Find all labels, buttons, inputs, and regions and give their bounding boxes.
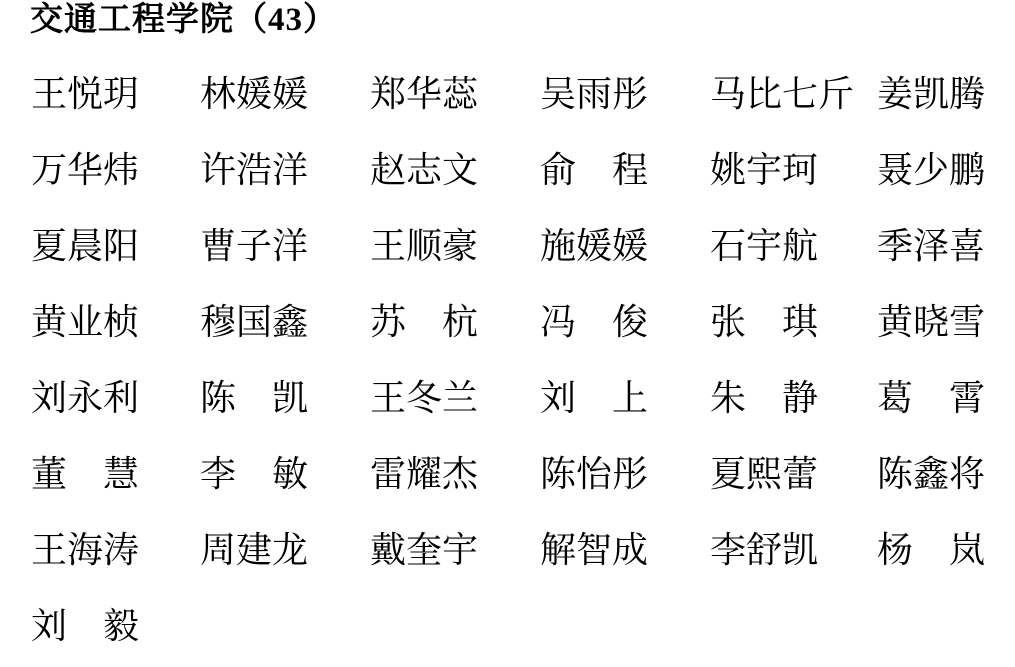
student-name: 葛 霄 bbox=[877, 380, 985, 416]
student-name: 刘 毅 bbox=[31, 608, 139, 644]
student-name: 赵志文 bbox=[370, 152, 478, 188]
student-name: 穆国鑫 bbox=[200, 304, 308, 340]
student-name: 冯 俊 bbox=[540, 304, 648, 340]
student-name: 朱 静 bbox=[710, 380, 818, 416]
student-name: 姚宇珂 bbox=[710, 152, 818, 188]
student-name: 杨 岚 bbox=[877, 532, 985, 568]
student-name: 王悦玥 bbox=[31, 76, 139, 112]
student-name: 施媛媛 bbox=[540, 228, 648, 264]
student-name: 张 琪 bbox=[710, 304, 818, 340]
student-name: 曹子洋 bbox=[200, 228, 308, 264]
student-name: 石宇航 bbox=[710, 228, 818, 264]
document-page: 交通工程学院（43） 王悦玥林媛媛郑华蕊吴雨彤马比七斤姜凯腾万华炜许浩洋赵志文俞… bbox=[0, 0, 1015, 667]
student-name: 夏熙蕾 bbox=[710, 456, 818, 492]
student-name: 季泽喜 bbox=[877, 228, 985, 264]
student-name: 刘永利 bbox=[31, 380, 139, 416]
student-name: 周建龙 bbox=[200, 532, 308, 568]
student-name: 董 慧 bbox=[31, 456, 139, 492]
student-name: 戴奎宇 bbox=[370, 532, 478, 568]
student-name: 夏晨阳 bbox=[31, 228, 139, 264]
student-name: 王冬兰 bbox=[370, 380, 478, 416]
student-name: 万华炜 bbox=[31, 152, 139, 188]
student-name: 陈鑫将 bbox=[877, 456, 985, 492]
student-name: 聂少鹏 bbox=[877, 152, 985, 188]
student-name: 姜凯腾 bbox=[877, 76, 985, 112]
student-name: 雷耀杰 bbox=[370, 456, 478, 492]
student-name: 马比七斤 bbox=[710, 76, 854, 112]
student-name: 王顺豪 bbox=[370, 228, 478, 264]
name-roster: 王悦玥林媛媛郑华蕊吴雨彤马比七斤姜凯腾万华炜许浩洋赵志文俞 程姚宇珂聂少鹏夏晨阳… bbox=[0, 0, 1015, 667]
student-name: 黄晓雪 bbox=[877, 304, 985, 340]
student-name: 俞 程 bbox=[540, 152, 648, 188]
student-name: 郑华蕊 bbox=[370, 76, 478, 112]
student-name: 解智成 bbox=[540, 532, 648, 568]
student-name: 苏 杭 bbox=[370, 304, 478, 340]
student-name: 许浩洋 bbox=[200, 152, 308, 188]
student-name: 林媛媛 bbox=[200, 76, 308, 112]
student-name: 吴雨彤 bbox=[540, 76, 648, 112]
student-name: 刘 上 bbox=[540, 380, 648, 416]
student-name: 李 敏 bbox=[200, 456, 308, 492]
student-name: 陈 凯 bbox=[200, 380, 308, 416]
student-name: 陈怡彤 bbox=[540, 456, 648, 492]
student-name: 李舒凯 bbox=[710, 532, 818, 568]
student-name: 黄业桢 bbox=[31, 304, 139, 340]
student-name: 王海涛 bbox=[31, 532, 139, 568]
